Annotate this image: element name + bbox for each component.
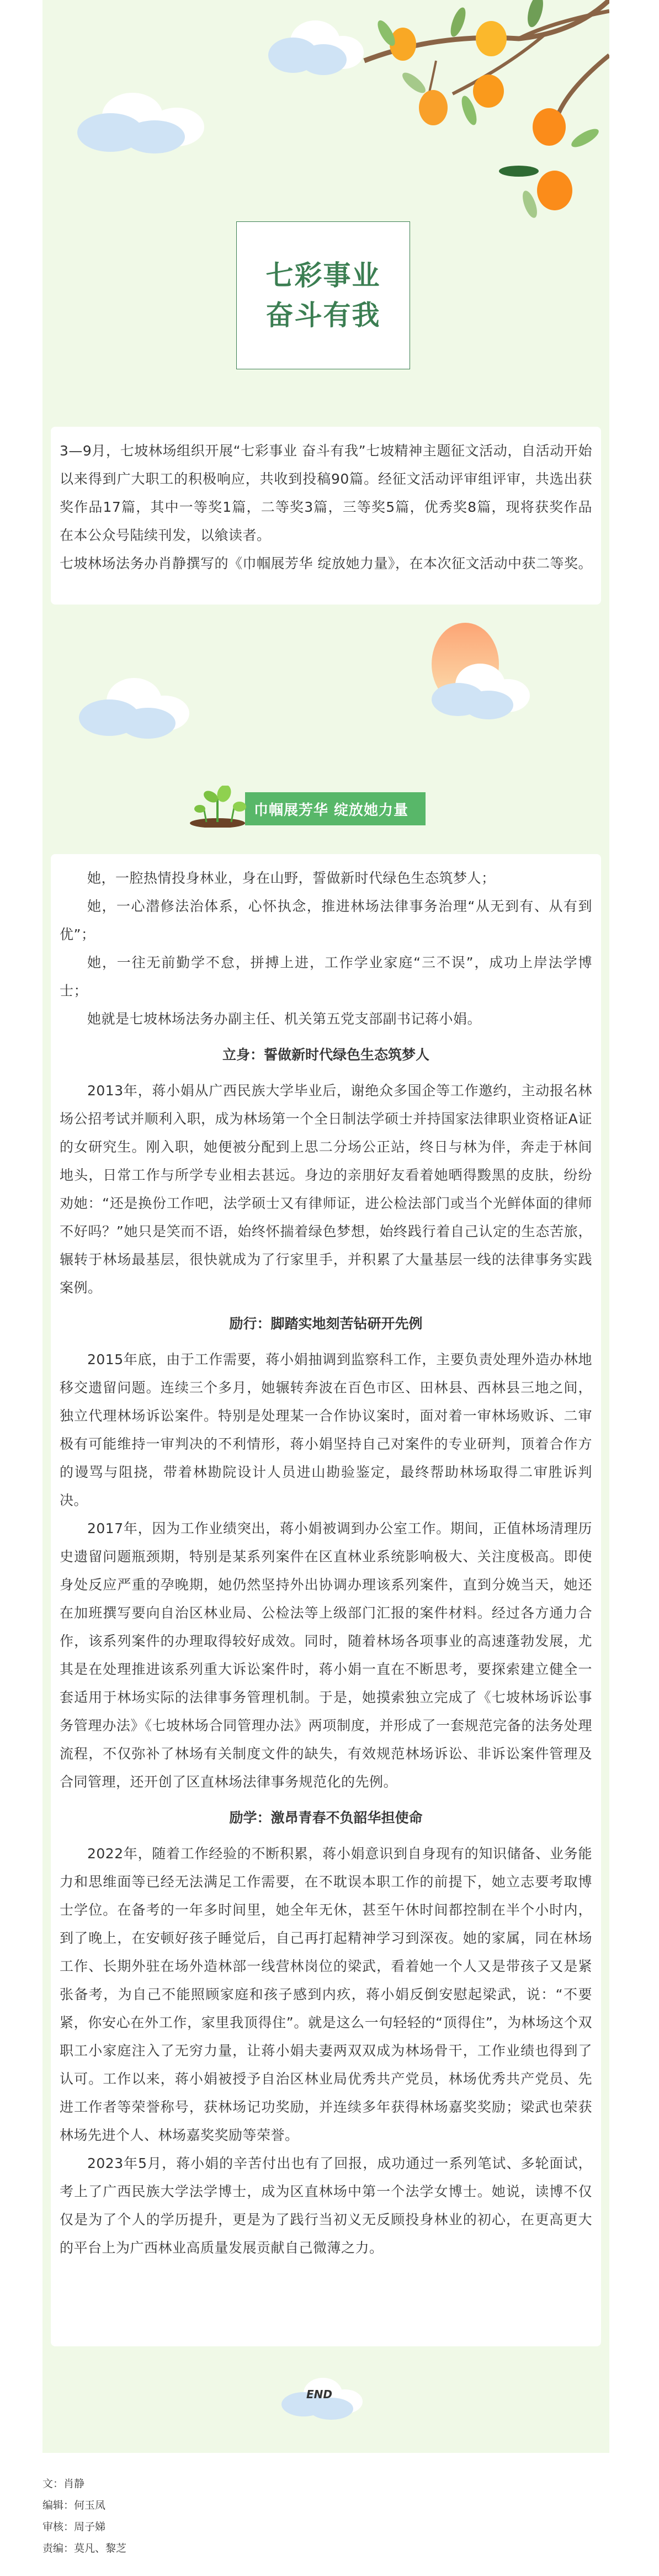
opening-line: 她，一腔热情投身林业，身在山野，誓做新时代绿色生态筑梦人； [60, 864, 592, 892]
article-body-card: 她，一腔热情投身林业，身在山野，誓做新时代绿色生态筑梦人； 她，一心潜修法治体系… [51, 854, 601, 2346]
section-heading: 立身：誓做新时代绿色生态筑梦人 [60, 1041, 592, 1069]
body-paragraph: 2022年，随着工作经验的不断积累，蒋小娟意识到自身现有的知识储备、业务能力和思… [60, 1840, 592, 2149]
section-heading: 励行：脚踏实地刻苦钻研开先例 [60, 1310, 592, 1338]
cloud-decoration-icon [425, 660, 535, 720]
page-title-line-1: 七彩事业 [266, 256, 381, 295]
intro-card: 3—9月，七坡林场组织开展“七彩事业 奋斗有我”七坡精神主题征文活动，自活动开始… [51, 427, 601, 605]
cloud-decoration-icon [263, 17, 368, 77]
cloud-decoration-icon [72, 88, 210, 155]
page-title-box: 七彩事业 奋斗有我 [236, 221, 410, 369]
credit-reviewer: 审核：周子娣 [42, 2516, 609, 2538]
body-paragraph: 2017年，因为工作业绩突出，蒋小娟被调到办公室工作。期间，正值林场清理历史遗留… [60, 1514, 592, 1796]
section-banner: 巾帼展芳华 绽放她力量 [190, 791, 426, 826]
end-label: END [306, 2388, 332, 2401]
body-paragraph: 2013年，蒋小娟从广西民族大学毕业后，谢绝众多国企等工作邀约，主动报名林场公招… [60, 1077, 592, 1302]
banner-bar: 巾帼展芳华 绽放她力量 [245, 792, 426, 825]
orange-tree-branch-illustration [353, 0, 609, 221]
sprout-icon [190, 786, 251, 828]
body-paragraph: 2023年5月，蒋小娟的辛苦付出也有了回报，成功通过一系列笔试、多轮面试，考上了… [60, 2149, 592, 2262]
opening-line: 她就是七坡林场法务办副主任、机关第五党支部副书记蒋小娟。 [60, 1005, 592, 1033]
credits-block: 文：肖静 编辑：何玉凤 审核：周子娣 责编：莫凡、黎芝 [42, 2473, 609, 2559]
section-heading: 励学：激昂青春不负韶华担使命 [60, 1804, 592, 1832]
credit-chief-editor: 责编：莫凡、黎芝 [42, 2538, 609, 2559]
intro-paragraph: 3—9月，七坡林场组织开展“七彩事业 奋斗有我”七坡精神主题征文活动，自活动开始… [60, 437, 592, 549]
opening-line: 她，一心潜修法治体系，心怀执念，推进林场法律事务治理“从无到有、从有到优”； [60, 892, 592, 948]
cloud-decoration-icon [71, 674, 198, 740]
intro-paragraph: 七坡林场法务办肖静撰写的《巾帼展芳华 绽放她力量》，在本次征文活动中获二等奖。 [60, 549, 592, 577]
page-title-line-2: 奋斗有我 [266, 295, 381, 335]
credit-author: 文：肖静 [42, 2473, 609, 2495]
credit-editor: 编辑：何玉凤 [42, 2495, 609, 2516]
end-marker: END [279, 2377, 367, 2421]
banner-title: 巾帼展芳华 绽放她力量 [254, 799, 408, 819]
opening-line: 她，一往无前勤学不怠，拼搏上进，工作学业家庭“三不误”，成功上岸法学博士； [60, 948, 592, 1005]
body-paragraph: 2015年底，由于工作需要，蒋小娟抽调到监察科工作，主要负责处理外造办林地移交遗… [60, 1345, 592, 1514]
